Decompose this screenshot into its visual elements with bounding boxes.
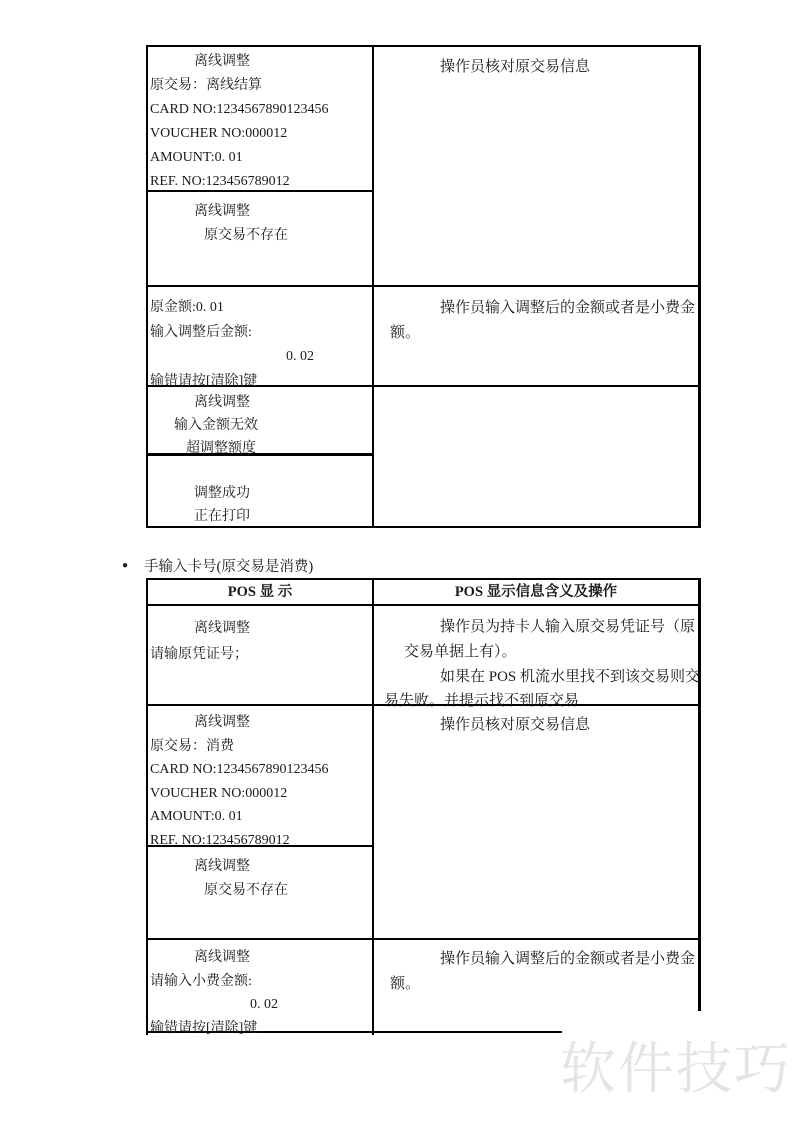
pos-line: 离线调整 (148, 50, 372, 74)
pos-line: 0. 02 (148, 345, 372, 370)
pos-line: VOUCHER NO:000012 (148, 782, 372, 806)
pos-line: 调整成功 (148, 482, 372, 505)
pos-line: 离线调整 (148, 616, 372, 642)
column-header-pos-display: POS 显 示 (148, 581, 372, 604)
pos-screen-adjust-success: 调整成功 正在打印 (148, 456, 372, 552)
pos-screen-txn-not-exist: 离线调整 原交易不存在 (148, 192, 372, 293)
pos-line: 请输原凭证号； (148, 642, 372, 668)
meaning-line: 交易单据上有）。 (374, 640, 698, 665)
pos-line: 原交易不存在 (148, 224, 372, 248)
meaning-line: 操作员输入调整后的金额或者是小费金 (374, 296, 698, 321)
pos-screen-enter-tip: 离线调整 请输入小费金额: 0. 02 输错请按[清除]键 (148, 940, 372, 1037)
pos-line: 正在打印 (148, 505, 372, 528)
meaning-enter-tip: 操作员输入调整后的金额或者是小费金 额。 (374, 940, 698, 1038)
bullet-icon: ● (122, 557, 128, 575)
pos-line: REF. NO:123456789012 (148, 170, 372, 193)
pos-line: 输入金额无效 (148, 414, 372, 437)
pos-line: CARD NO:1234567890123456 (148, 758, 372, 782)
pos-screen-original-txn: 离线调整 原交易：消费 CARD NO:1234567890123456 VOU… (148, 706, 372, 850)
meaning-line: 操作员核对原交易信息 (374, 55, 698, 80)
pos-line: 原交易：离线结算 (148, 74, 372, 98)
pos-line: 输错请按[清除]键 (148, 1017, 372, 1038)
meaning-enter-amount: 操作员输入调整后的金额或者是小费金 额。 (374, 287, 698, 392)
section-bullet-row: ● 手输入卡号(原交易是消费) (122, 555, 313, 576)
pos-line: 0. 02 (148, 993, 372, 1017)
pos-line: VOUCHER NO:000012 (148, 122, 372, 146)
watermark-text: 软件技巧 (560, 1036, 792, 1102)
meaning-line: 操作员输入调整后的金额或者是小费金 (374, 947, 698, 972)
table-border-right (698, 578, 701, 1011)
pos-screen-original-txn: 离线调整 原交易：离线结算 CARD NO:1234567890123456 V… (148, 47, 372, 193)
pos-line: 请输入小费金额: (148, 970, 372, 994)
pos-line: AMOUNT:0. 01 (148, 146, 372, 170)
meaning-line: 额。 (374, 321, 698, 346)
pos-screen-enter-amount: 原金额:0. 01 输入调整后金额: 0. 02 输错请按[清除]键 (148, 287, 372, 394)
pos-line: 离线调整 (148, 200, 372, 224)
table-border-top (146, 578, 701, 580)
meaning-line: 操作员核对原交易信息 (374, 713, 698, 738)
pos-line: 输入调整后金额: (148, 321, 372, 346)
pos-line: 原金额:0. 01 (148, 296, 372, 321)
meaning-enter-voucher: 操作员为持卡人输入原交易凭证号（原 交易单据上有）。 如果在 POS 机流水里找… (374, 606, 698, 713)
pos-table-offline-adjust: 离线调整 原交易：离线结算 CARD NO:1234567890123456 V… (146, 45, 701, 528)
pos-screen-amount-invalid: 离线调整 输入金额无效 超调整额度 (148, 387, 372, 457)
pos-table-manual-card-entry: POS 显 示 POS 显示信息含义及操作 离线调整 请输原凭证号； 操作员为持… (146, 578, 701, 1035)
pos-line: 原交易不存在 (148, 879, 372, 903)
meaning-line: 操作员为持卡人输入原交易凭证号（原 (374, 615, 698, 640)
column-header-meaning: POS 显示信息含义及操作 (374, 581, 698, 604)
section-title: 手输入卡号(原交易是消费) (144, 555, 313, 576)
pos-screen-enter-voucher: 离线调整 请输原凭证号； (148, 606, 372, 714)
pos-line: 离线调整 (148, 711, 372, 735)
pos-line: 离线调整 (148, 855, 372, 879)
meaning-verify-original: 操作员核对原交易信息 (374, 47, 698, 293)
document-page: 离线调整 原交易：离线结算 CARD NO:1234567890123456 V… (0, 0, 800, 1132)
pos-line: AMOUNT:0. 01 (148, 805, 372, 829)
meaning-verify-original: 操作员核对原交易信息 (374, 706, 698, 945)
table-border-right (698, 45, 701, 528)
pos-line: 离线调整 (148, 946, 372, 970)
pos-line: 离线调整 (148, 391, 372, 414)
meaning-line: 如果在 POS 机流水里找不到该交易则交 (374, 665, 698, 690)
meaning-line: 额。 (374, 972, 698, 997)
pos-line: CARD NO:1234567890123456 (148, 98, 372, 122)
pos-screen-txn-not-exist: 离线调整 原交易不存在 (148, 847, 372, 946)
pos-line: 原交易：消费 (148, 735, 372, 759)
pos-line: 超调整额度 (148, 437, 372, 457)
